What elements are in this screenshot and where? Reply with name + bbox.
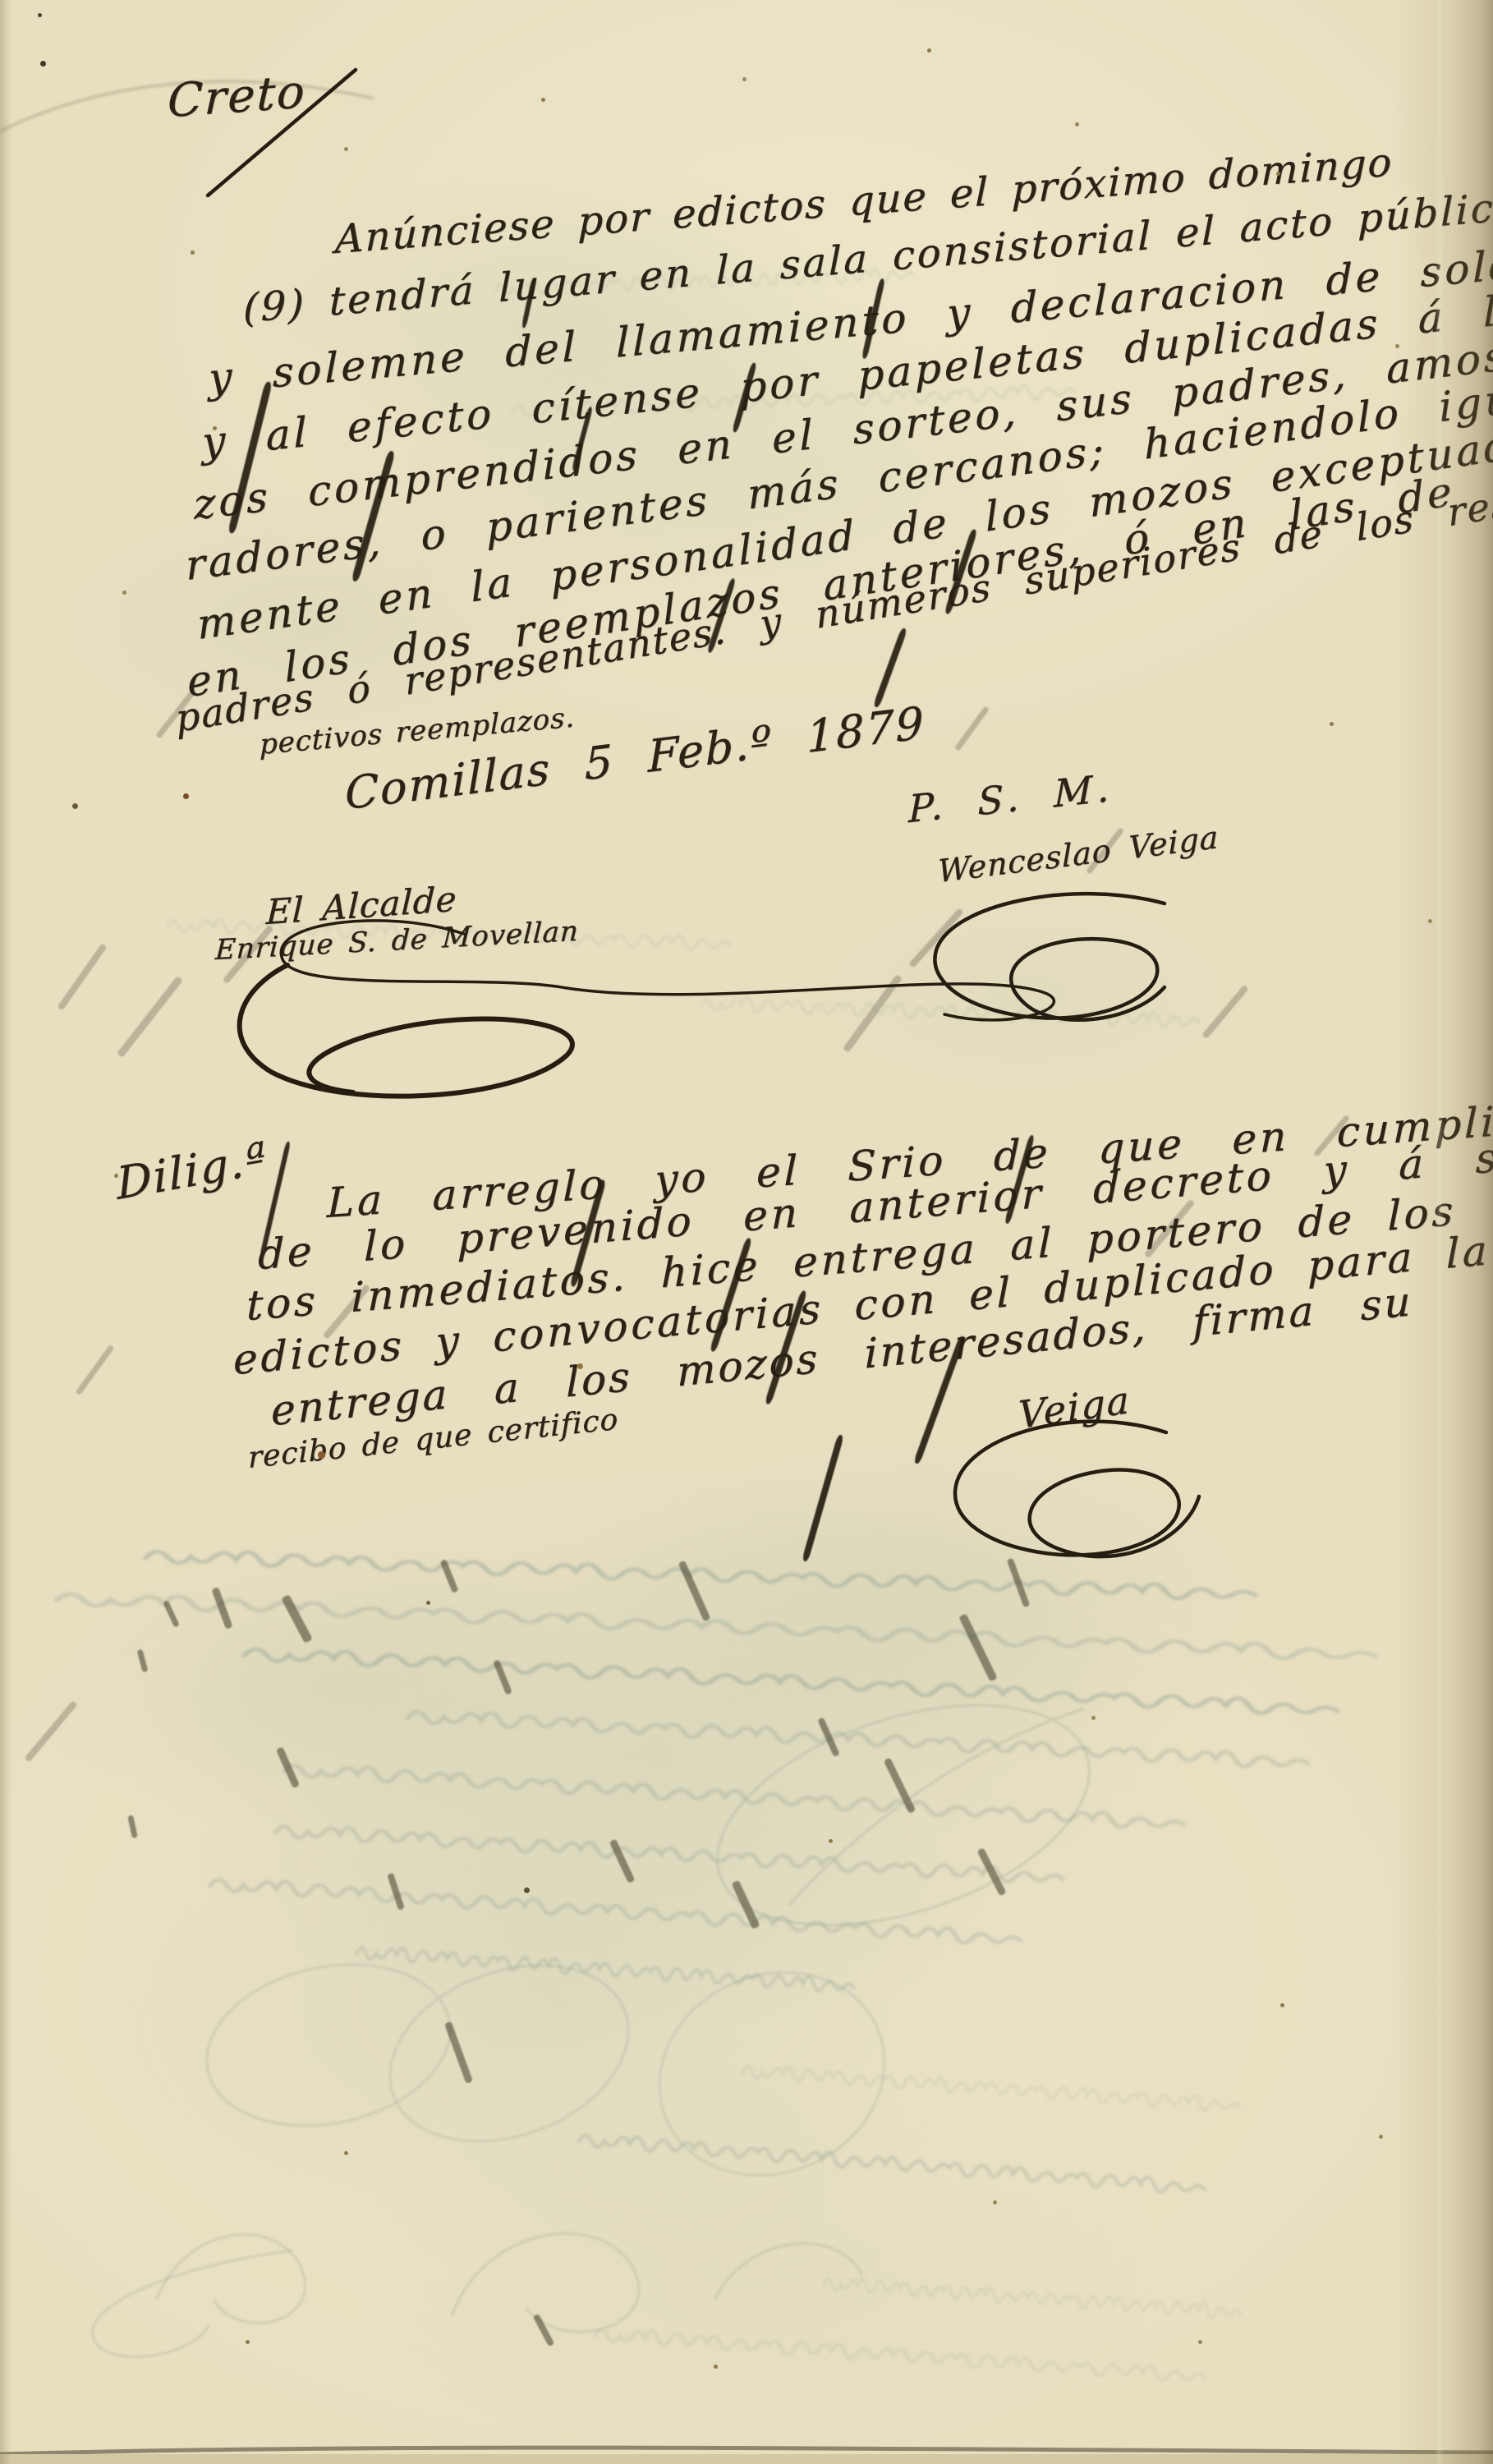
mayor-rubric-flourish — [140, 916, 1084, 1109]
manuscript-page: Creto Anúnciese por edictos que el próxi… — [0, 0, 1493, 2464]
pencil-flourish-ghost — [45, 2234, 316, 2374]
page-bottom-edge — [0, 2454, 1493, 2464]
diligencia-rubric-flourish — [924, 1414, 1215, 1574]
pencil-flourish-ghost — [189, 1938, 649, 2152]
pencil-flourish-ghost — [632, 1955, 912, 2193]
pencil-flourish-ghost — [690, 1692, 1117, 1938]
decree-paragraph-slash — [201, 66, 361, 204]
page-right-edge-shadow — [1394, 0, 1493, 2464]
page-left-edge-shadow — [0, 0, 11, 2464]
